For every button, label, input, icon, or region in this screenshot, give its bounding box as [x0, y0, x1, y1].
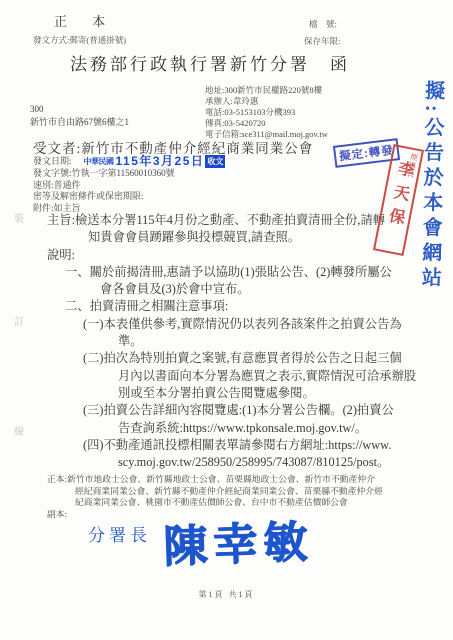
date-stamp-date: 115年3月25日: [116, 156, 205, 168]
page-number-footer: 第1頁 共1頁: [0, 589, 453, 600]
date-stamp-era: 中華民國: [84, 156, 114, 168]
item-1: 一、關於前揭清冊,惠請予以協助(1)張貼公告、(2)轉發所屬公: [47, 264, 439, 281]
item-1-cont: 會各會員及(3)於會中宣布。: [47, 281, 439, 298]
official-letter-page: 正 本 發文方式:郵寄(普通掛號) 檔 號: 保存年限: 法務部行政執行署新竹分…: [0, 0, 453, 640]
binding-mark-xian: 線: [14, 423, 24, 438]
date-stamp-received-mark: 收文: [205, 155, 225, 169]
contact-address: 地址:300新竹市民權路220號8樓: [205, 85, 328, 96]
doc-number-line: 發文字號:竹執一字第11560010360號: [33, 168, 225, 180]
signature-block: 分署長 陳幸敏: [88, 508, 313, 572]
original-recipients-line2: 經紀商業同業公會、新竹縣不動產仲介經紀商業同業公會、苗栗縣不動產仲介經: [47, 486, 383, 498]
original-recipients-line1: 正本:新竹市地政士公會、新竹縣地政士公會、苗栗縣地政士公會、新竹市不動產仲介: [47, 474, 383, 486]
item-2-4-cont: scy.moj.gov.tw/258950/258995/743087/8101…: [47, 454, 439, 471]
issue-date-row: 發文日期: 中華民國 115年3月25日 收文: [33, 155, 225, 168]
copy-type-label: 正 本: [54, 11, 116, 30]
contact-person: 承辦人:韋玲惠: [205, 96, 328, 107]
recipient-zip: 300: [30, 104, 44, 114]
item-2-4: (四)不動產通訊投標相關表單請參閱右方網址:https://www.: [47, 437, 439, 454]
signer-title: 分署長: [88, 526, 151, 545]
agency-contact-block: 地址:300新竹市民權路220號8樓 承辦人:韋玲惠 電話:03-5153103…: [205, 85, 328, 140]
binding-mark-ding: 訂: [14, 313, 24, 328]
security-line: 密等及解密條件或保密期限:: [33, 191, 225, 203]
item-2-3: (三)拍賣公告詳細內容閱覽處:(1)本分署公告欄。(2)拍賣公: [47, 402, 439, 419]
signer-name-signature: 陳幸敏: [162, 505, 314, 574]
item-2-2-cont2: 別或至本分署拍賣公告閱覽處參閱。: [47, 385, 439, 402]
item-2-3-cont: 告查詢系統:https://www.tpkonsale.moj.gov.tw/。: [47, 420, 439, 437]
received-date-stamp: 中華民國 115年3月25日 收文: [84, 155, 226, 169]
document-title: 法務部行政執行署新竹分署 函: [0, 50, 420, 75]
item-2-2: (二)拍次為特別拍賣之案號,有意應買者得於公告之日起三個: [47, 350, 439, 367]
original-recipients-line3: 紀商業同業公會、桃園市不動產估價師公會、台中市不動產估價師公會: [47, 497, 383, 509]
speed-line: 速別:普通件: [33, 180, 225, 192]
retention-period-label: 保存年限:: [304, 35, 340, 47]
item-2-2-cont1: 月內以書面向本分署為應買之表示,實際情況可洽承辦股: [47, 368, 439, 385]
item-2-1-cont: 準。: [47, 333, 439, 350]
recipient-street-address: 新竹市自由路67號6樓之1: [30, 115, 129, 128]
binding-mark-zhuang: 裝: [14, 210, 24, 225]
item-2-1: (一)本表僅供參考,實際情況仍以表列各該案件之拍賣公告為: [47, 316, 439, 333]
file-number-label: 檔 號:: [309, 18, 337, 30]
document-meta-block: 發文日期: 中華民國 115年3月25日 收文 發文字號:竹執一字第115600…: [33, 155, 225, 214]
contact-fax: 傳真:03-5420720: [205, 118, 328, 129]
handwritten-margin-note: 擬:公告於本會網站: [415, 80, 448, 292]
issue-date-label: 發文日期:: [33, 156, 72, 168]
item-2: 二、拍賣清冊之相關注意事項:: [47, 298, 439, 315]
delivery-method: 發文方式:郵寄(普通掛號): [33, 34, 126, 46]
contact-phone: 電話:03-5153103分機393: [205, 107, 328, 118]
